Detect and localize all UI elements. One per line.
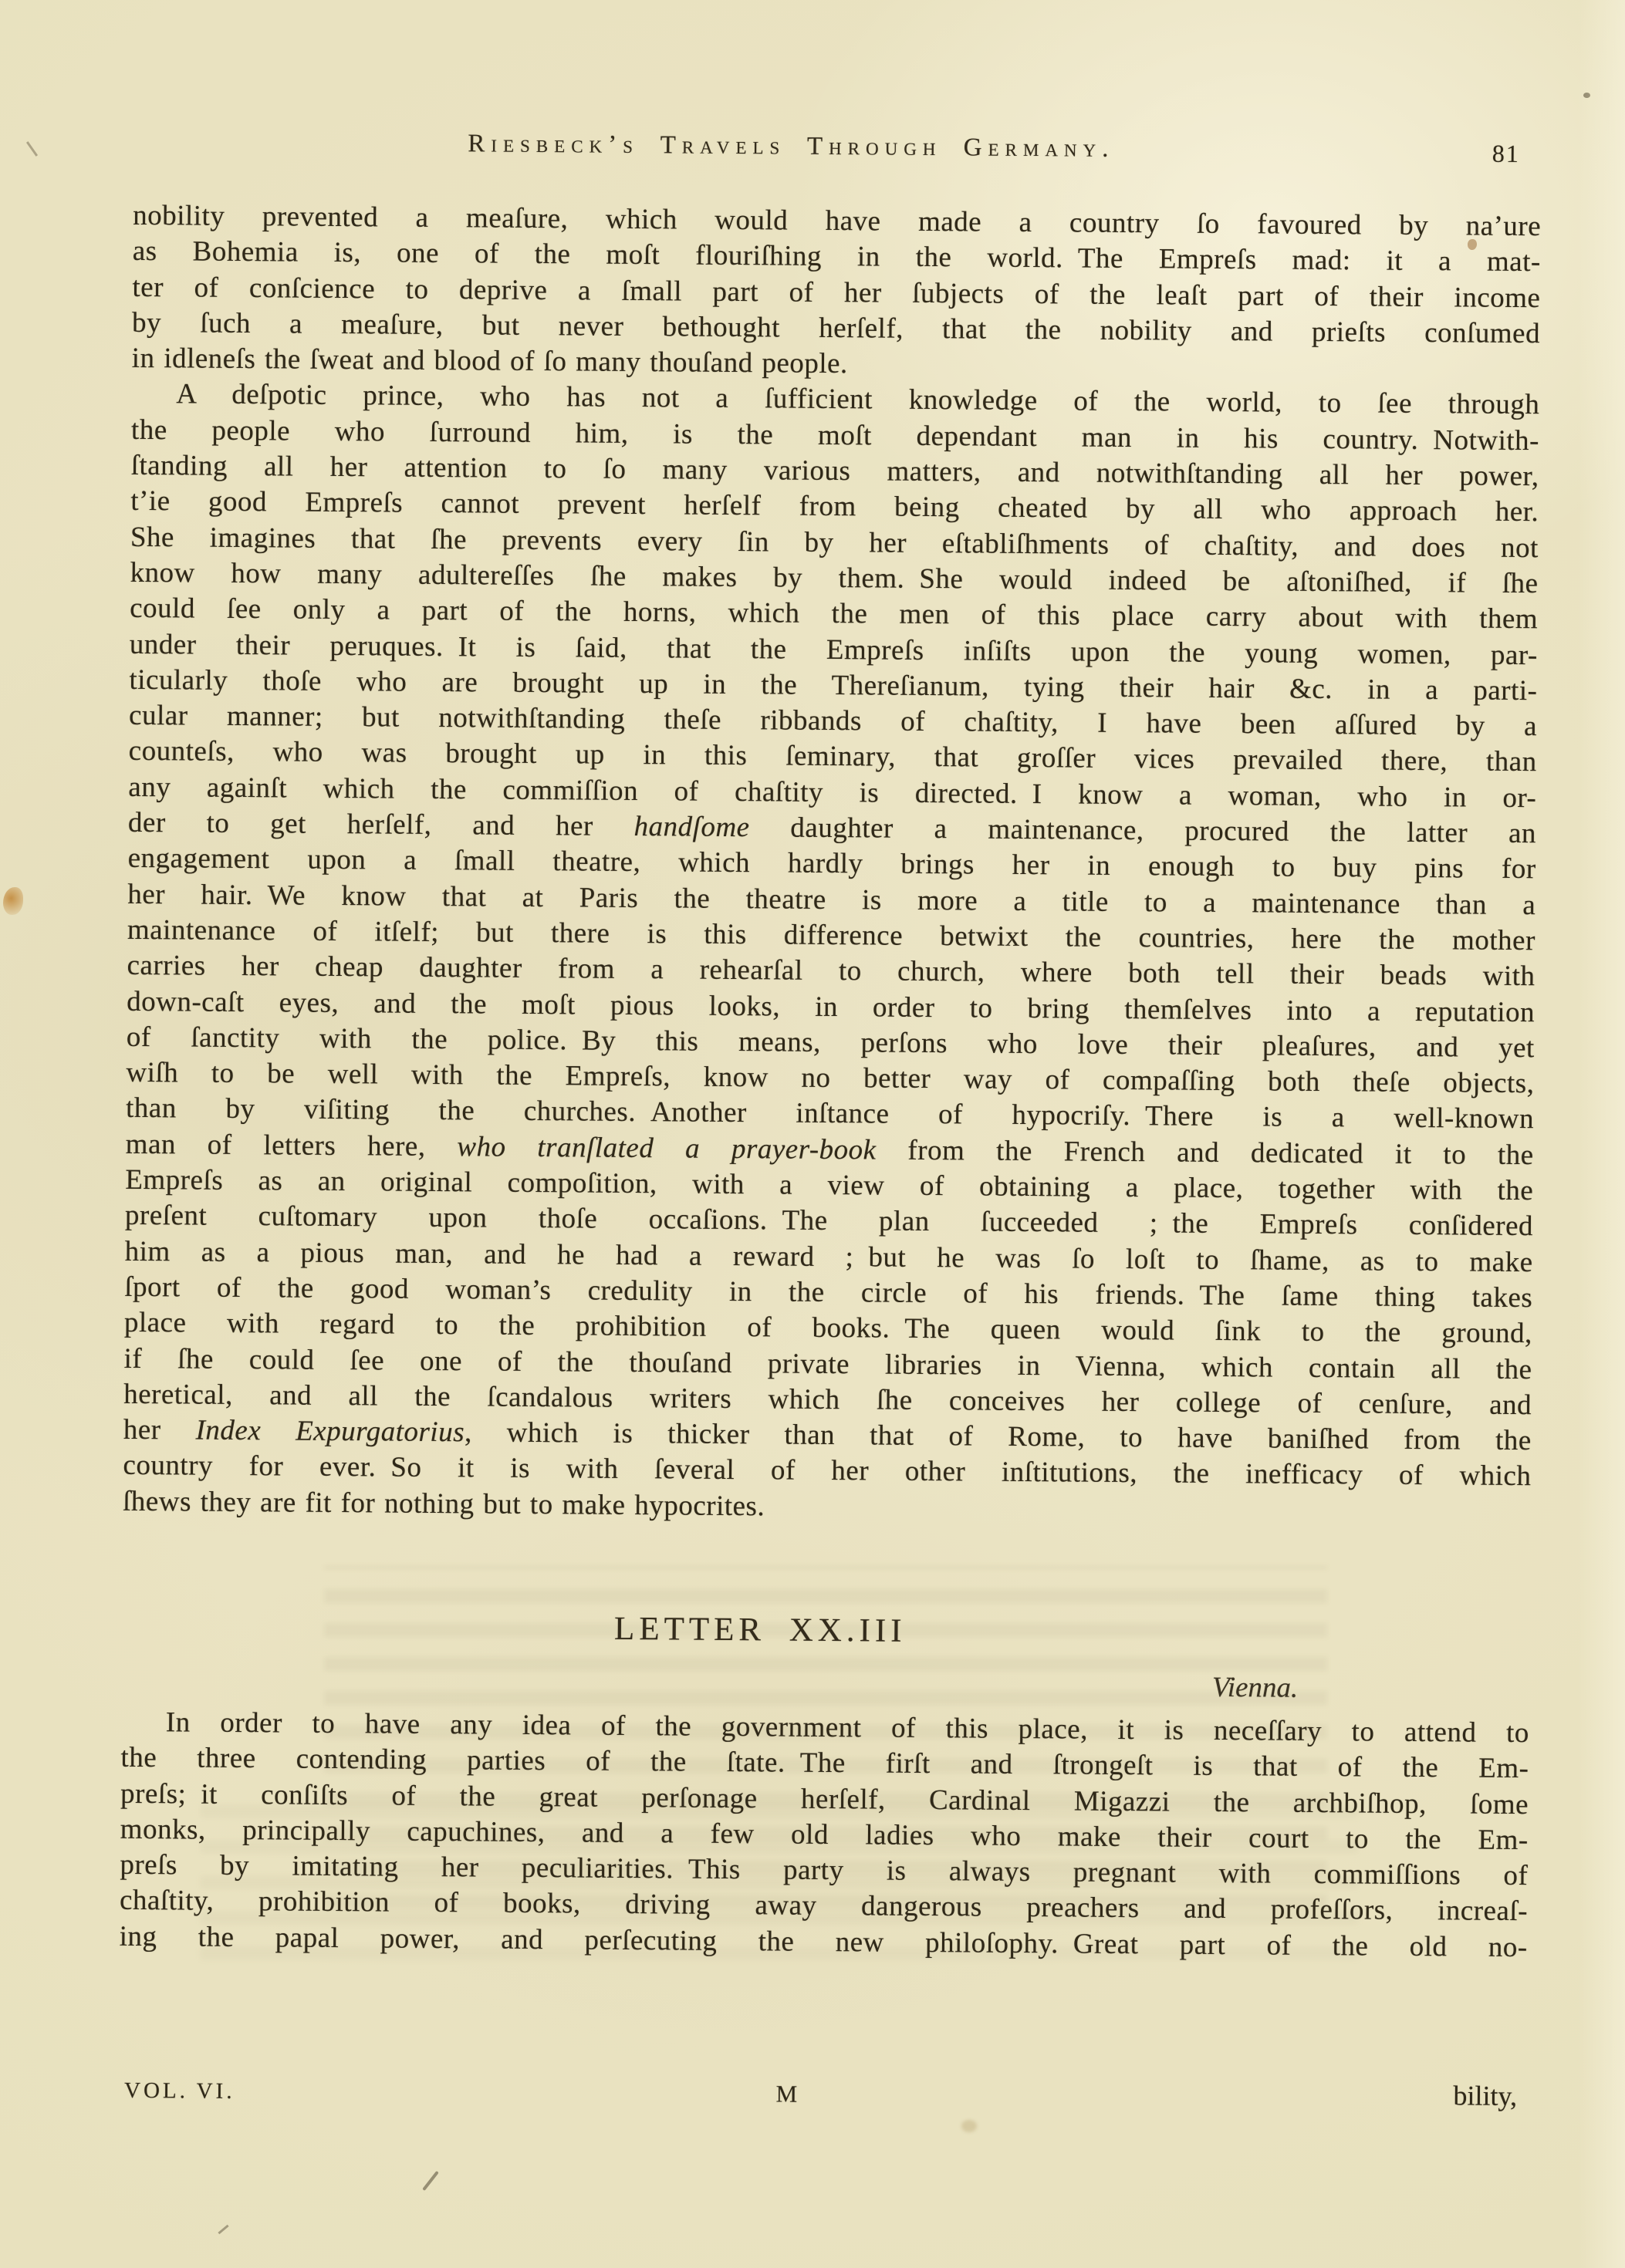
paper-speck — [422, 2171, 439, 2191]
paper-speck — [1583, 93, 1590, 98]
italic-text: who tranſlated a prayer-book — [457, 1131, 877, 1166]
paragraph: In order to have any idea of the governm… — [119, 1705, 1529, 1966]
text-segment: from the French and dedicated it to the — [876, 1134, 1533, 1171]
page-content: Riesbeck’s Travels Through Germany. 81 n… — [118, 127, 1542, 2121]
signature-mark: M — [775, 2081, 799, 2108]
page-edge-highlight — [1579, 0, 1625, 2268]
catchword: bility, — [1453, 2079, 1517, 2112]
italic-text: Index Expurgatorius — [195, 1415, 465, 1449]
text-segment: , which is thicker than that of Rome, to… — [465, 1416, 1532, 1456]
page-number: 81 — [1492, 140, 1520, 168]
text-segment: der to get herſelf, and her — [128, 807, 634, 842]
paper-stain — [961, 2120, 977, 2132]
text-segment: ſhews they are fit for nothing but to ma… — [123, 1485, 765, 1522]
text-segment: her — [123, 1414, 196, 1446]
text-segment: man of letters here, — [126, 1129, 458, 1163]
running-header: Riesbeck’s Travels Through Germany. 81 — [133, 127, 1542, 174]
letter-heading: LETTER XX.III — [122, 1606, 1530, 1655]
paper-speck — [218, 2225, 228, 2235]
text-block-after-letter: In order to have any idea of the governm… — [119, 1705, 1529, 1966]
page-footer: VOL. VI. M bility, — [118, 2072, 1526, 2121]
paper-stain — [3, 887, 23, 915]
running-title: Riesbeck’s Travels Through Germany. — [133, 127, 1542, 167]
paper-speck — [26, 141, 38, 157]
text-segment: daughter a maintenance, procured the lat… — [749, 812, 1536, 849]
dateline: Vienna. — [121, 1662, 1529, 1706]
paper-background: Riesbeck’s Travels Through Germany. 81 n… — [0, 0, 1625, 2268]
text-block-before-letter: nobility prevented a meaſure, which woul… — [123, 198, 1541, 1531]
volume-label: VOL. VI. — [124, 2078, 235, 2104]
text-segment: in idleneſs the ſweat and blood of ſo ma… — [132, 343, 848, 380]
paragraph: A deſpotic prince, who has not a ſuffici… — [123, 376, 1540, 1531]
paragraph: nobility prevented a meaſure, which woul… — [132, 198, 1542, 388]
scanned-book-page: { "header": { "title": "Riesbeck’s Trave… — [0, 0, 1625, 2268]
italic-text: handſome — [633, 811, 749, 843]
